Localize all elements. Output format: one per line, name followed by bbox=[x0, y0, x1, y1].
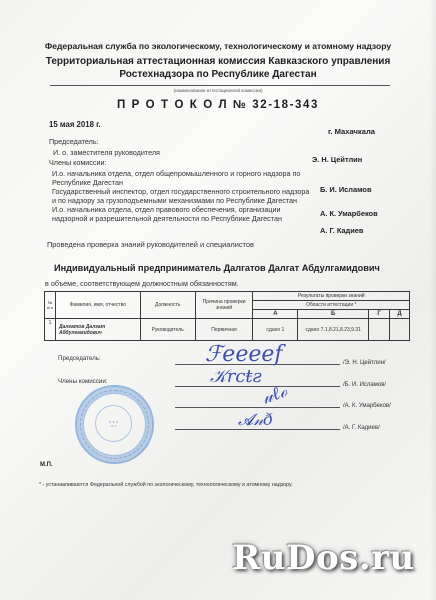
header-num: № п/ п bbox=[45, 292, 56, 319]
signature-member-2: 𝓊ℓℴ bbox=[259, 380, 290, 408]
cell-fio: Далгатов Далгат Абдулгамидович bbox=[55, 319, 140, 341]
header-areas: Области аттестации * bbox=[253, 301, 410, 310]
sign-name-3: /А. К. Умарбеков/ bbox=[343, 403, 391, 409]
cell-d bbox=[390, 319, 410, 341]
header-divider bbox=[50, 85, 390, 86]
sign-name-4: /А. Г. Кадиев/ bbox=[343, 425, 380, 431]
signature-chairman: ℱeeeef bbox=[205, 342, 283, 367]
sign-name-2: /Б. И. Исламов/ bbox=[343, 382, 386, 388]
seal-center: ★ ★ ★№ 2 bbox=[95, 405, 132, 442]
commission-caption: (наименование аттестационной комиссии) bbox=[0, 88, 436, 93]
chairman-name: Э. Н. Цейтлин bbox=[312, 155, 362, 164]
cell-g bbox=[369, 319, 390, 341]
header-reason: Причина проверки знаний bbox=[195, 292, 253, 319]
scope-text: в объеме, соответствующем должностным об… bbox=[45, 279, 239, 288]
cell-b: сдано 7.1,8.21,8.23,9.31 bbox=[298, 319, 369, 341]
table-row: 1 Далгатов Далгат Абдулгамидович Руковод… bbox=[45, 319, 410, 341]
member-2-name: А. К. Умарбеков bbox=[320, 209, 378, 218]
sign-members-label: Члены комиссии: bbox=[58, 378, 108, 385]
cell-position: Руководитель bbox=[140, 319, 195, 341]
protocol-title: П Р О Т О К О Л № 32-18-343 bbox=[0, 99, 436, 111]
member-3-name: А. Г. Кадиев bbox=[320, 226, 363, 235]
sign-name-1: /Э. Н. Цейтлин/ bbox=[343, 360, 386, 366]
header-fio: Фамилия, имя, отчество bbox=[55, 292, 140, 319]
header-g: Г bbox=[369, 310, 390, 319]
seal-label: М.П. bbox=[40, 462, 53, 468]
person-heading: Индивидуальный предприниматель Далгатов … bbox=[46, 263, 380, 273]
cell-a: сдано 1 bbox=[253, 319, 298, 341]
commission-line-2: Ростехнадзора по Республике Дагестан bbox=[0, 68, 436, 81]
signature-member-3: 𝓐𝓃ð bbox=[238, 410, 273, 430]
commission-line-1: Территориальная аттестационная комиссия … bbox=[0, 55, 436, 68]
members-label: Члены комиссии: bbox=[49, 158, 107, 167]
chairman-position: И. о. заместителя руководителя bbox=[53, 148, 160, 157]
protocol-date: 15 мая 2018 г. bbox=[49, 120, 101, 129]
chairman-label: Председатель: bbox=[49, 137, 99, 146]
official-seal-stamp: ★ ★ ★№ 2 bbox=[75, 385, 154, 464]
footnote: * - устанавливаются Федеральной службой … bbox=[39, 482, 293, 488]
header-position: Должность bbox=[140, 292, 195, 319]
member-2-position: Государственный инспектор, отдел государ… bbox=[52, 187, 312, 205]
agency-name: Федеральная служба по экологическому, те… bbox=[0, 41, 436, 51]
watermark-logo: RuDos.ru bbox=[232, 538, 415, 578]
member-1-name: Б. И. Исламов bbox=[320, 185, 372, 194]
member-1-position: И.о. начальника отдела, отдел общепромыш… bbox=[52, 169, 312, 187]
protocol-city: г. Махачкала bbox=[328, 127, 375, 136]
header-d: Д bbox=[390, 310, 410, 319]
members-list: И.о. начальника отдела, отдел общепромыш… bbox=[52, 169, 312, 223]
header-b: Б bbox=[298, 310, 369, 319]
member-3-position: И.о. начальника отдела, отдел правового … bbox=[52, 205, 312, 223]
header-results: Результаты проверки знаний bbox=[253, 292, 410, 301]
signature-member-1: 𝒦rcŧƨ bbox=[210, 366, 262, 387]
sign-chairman-label: Председатель: bbox=[58, 355, 101, 362]
signature-line-3 bbox=[175, 407, 340, 408]
results-table: № п/ п Фамилия, имя, отчество Должность … bbox=[44, 291, 410, 341]
header-a: А bbox=[253, 310, 298, 319]
cell-num: 1 bbox=[45, 319, 56, 341]
cell-reason: Первичная bbox=[195, 319, 253, 341]
commission-name: Территориальная аттестационная комиссия … bbox=[0, 55, 436, 81]
check-text: Проведена проверка знаний руководителей … bbox=[47, 240, 254, 249]
